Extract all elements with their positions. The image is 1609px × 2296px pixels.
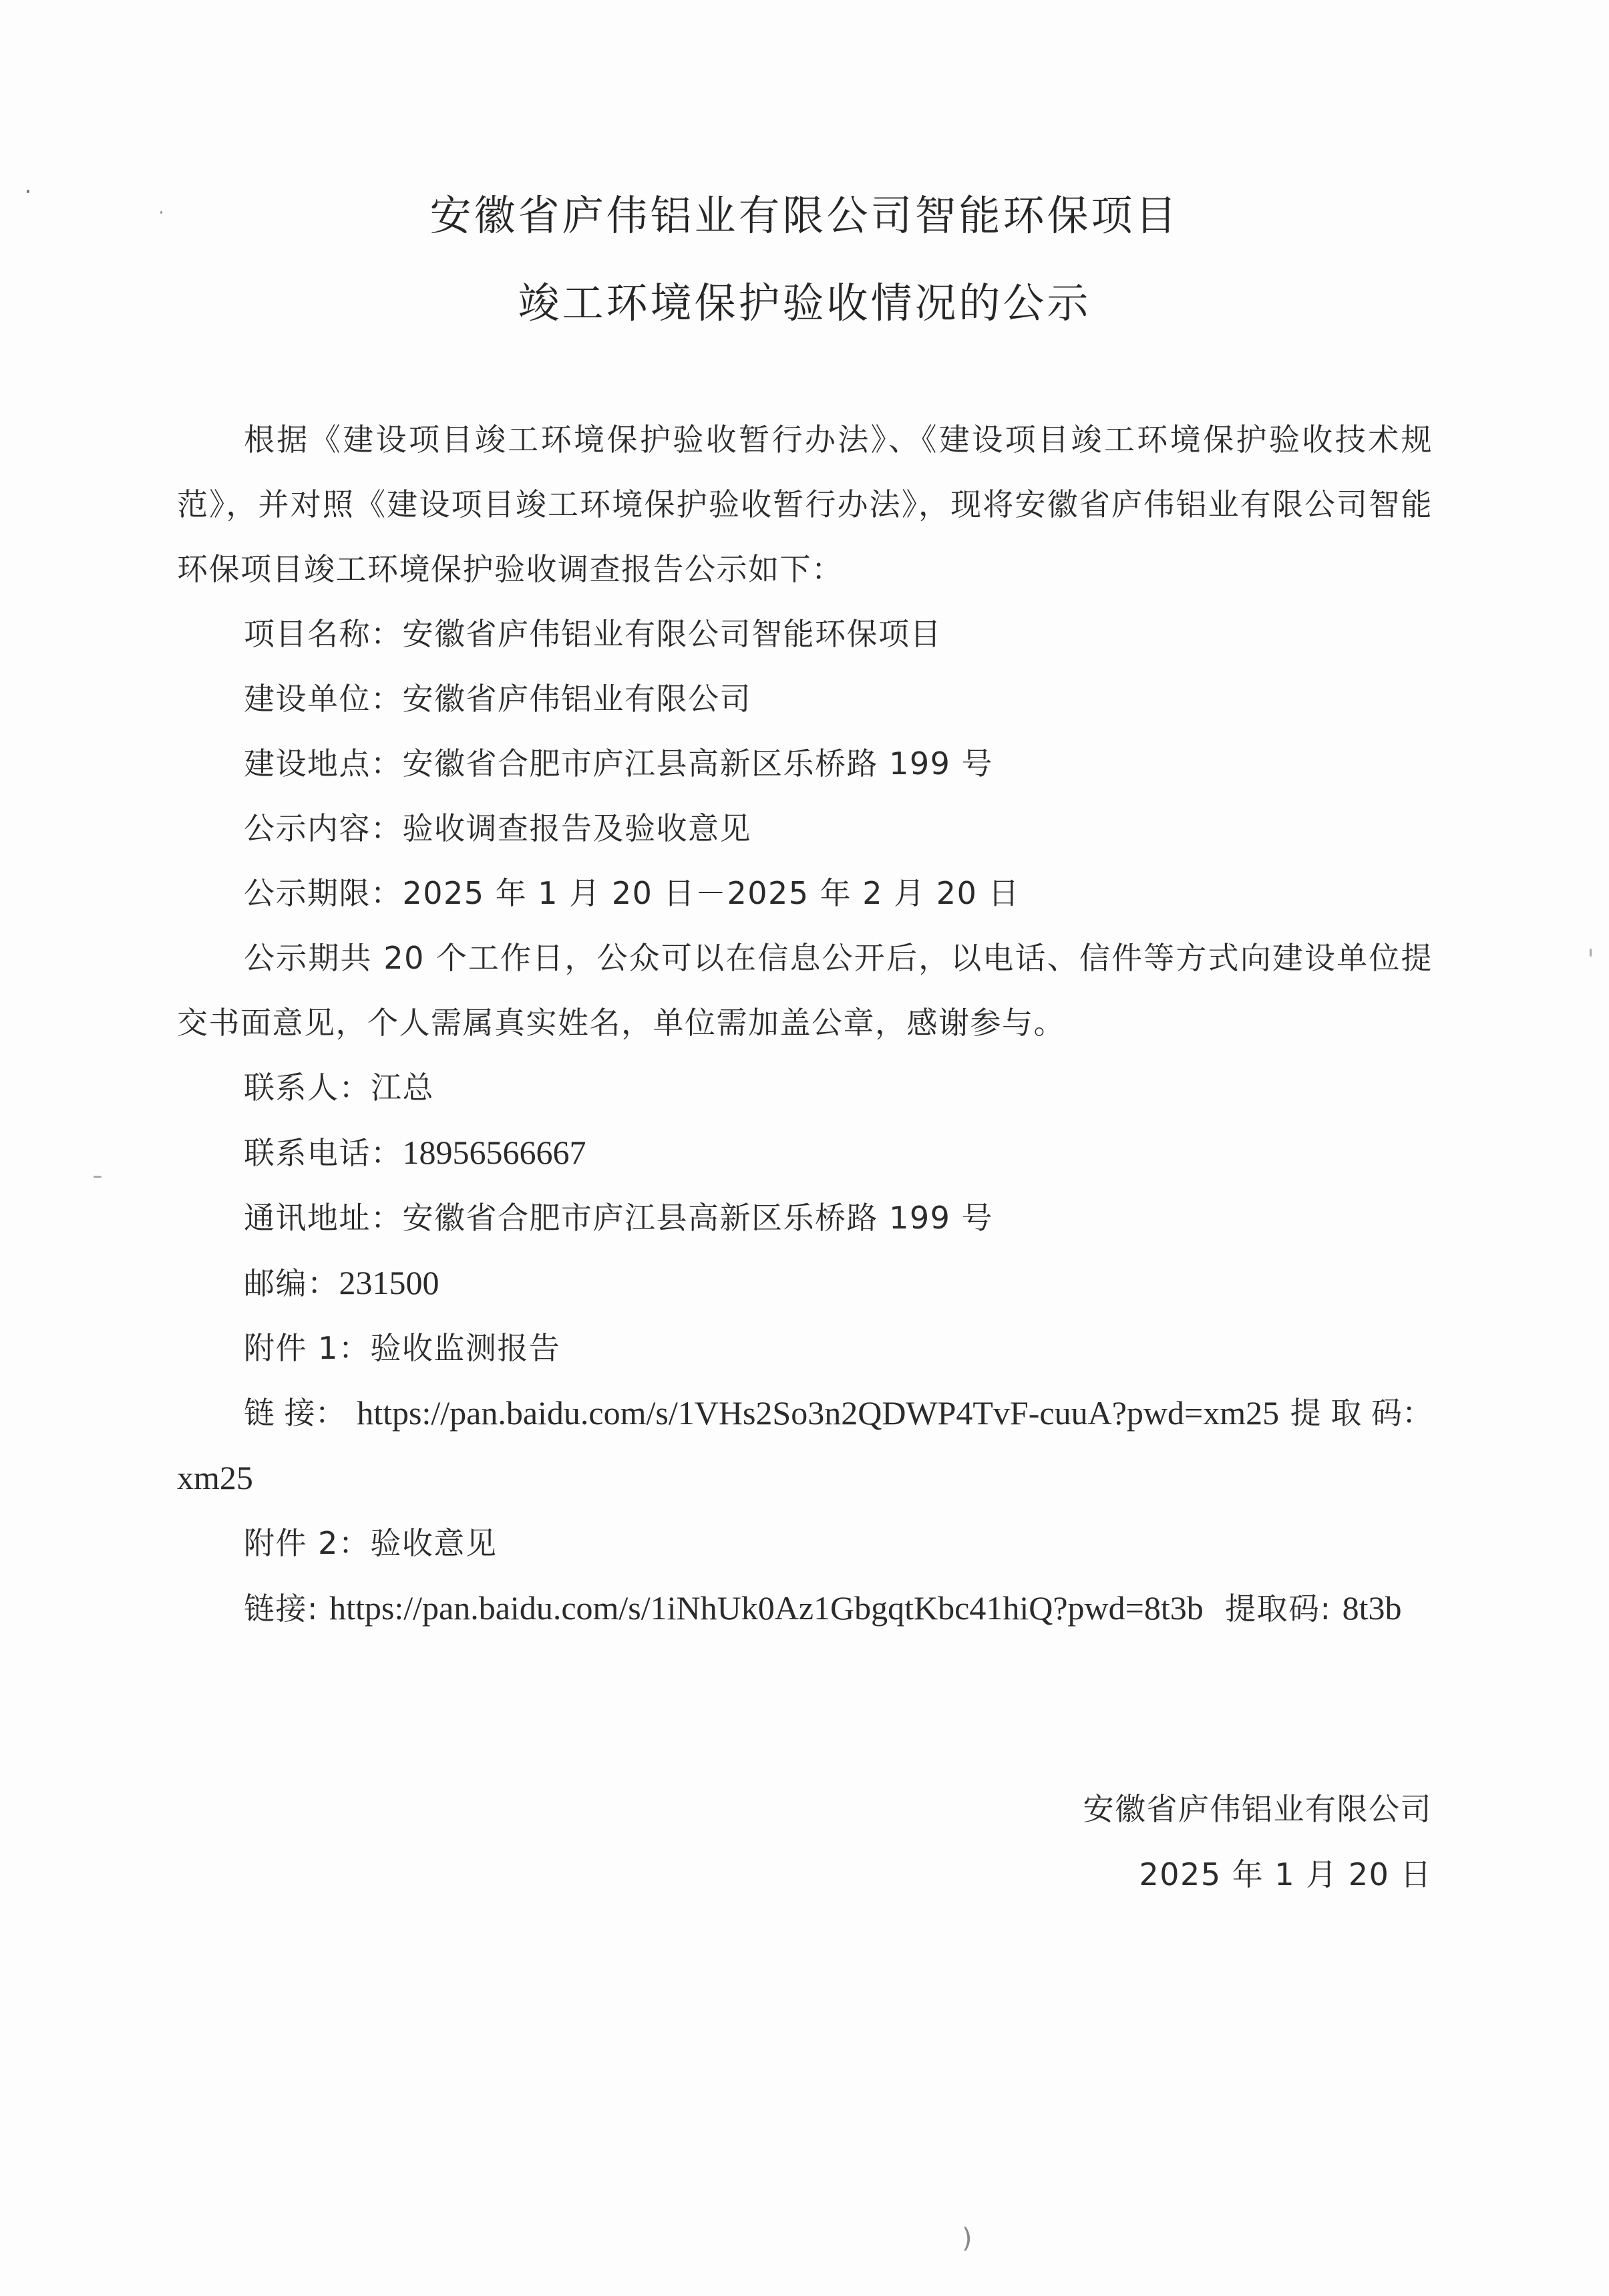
contact-value: 江总 (371, 1070, 434, 1106)
field-construction-unit: 建设单位：安徽省庐伟铝业有限公司 (177, 667, 1433, 731)
attachment-1-code: xm25 (177, 1446, 1433, 1511)
contact-person: 联系人：江总 (177, 1055, 1433, 1120)
attachment-1-link-label: 链 接： (244, 1381, 346, 1446)
field-label: 公示期限： (244, 875, 403, 911)
attachment-1-code-label: 提 取 码： (1290, 1381, 1433, 1446)
signature-organization: 安徽省庐伟铝业有限公司 (1083, 1785, 1433, 1829)
scan-speck (1590, 949, 1592, 957)
contact-label: 邮编： (244, 1265, 339, 1301)
field-value: 安徽省庐伟铝业有限公司 (403, 681, 752, 717)
attachment-1-url-link[interactable]: https://pan.baidu.com/s/1VHs2So3n2QDWP4T… (357, 1381, 1279, 1446)
contact-value: 231500 (339, 1264, 439, 1301)
document-page: 安徽省庐伟铝业有限公司智能环保项目 竣工环境保护验收情况的公示 根据《建设项目竣… (0, 0, 1609, 2296)
contact-label: 通讯地址： (244, 1200, 403, 1236)
attachment-1-link-line: 链 接： https://pan.baidu.com/s/1VHs2So3n2Q… (177, 1381, 1433, 1446)
page-edge-mark: ) (962, 2223, 972, 2254)
field-value: 安徽省合肥市庐江县高新区乐桥路 199 号 (403, 746, 994, 782)
document-body: 根据《建设项目竣工环境保护验收暂行办法》、《建设项目竣工环境保护验收技术规范》，… (177, 407, 1433, 1641)
field-label: 建设地点： (244, 746, 403, 782)
attachment-1-heading: 附件 1：验收监测报告 (177, 1316, 1433, 1381)
field-construction-site: 建设地点：安徽省合肥市庐江县高新区乐桥路 199 号 (177, 731, 1433, 796)
field-notice-period: 公示期限：2025 年 1 月 20 日－2025 年 2 月 20 日 (177, 861, 1433, 926)
field-project-name: 项目名称：安徽省庐伟铝业有限公司智能环保项目 (177, 602, 1433, 667)
contact-phone: 联系电话：18956566667 (177, 1120, 1433, 1186)
contact-postcode: 邮编：231500 (177, 1251, 1433, 1316)
attachment-2-heading: 附件 2：验收意见 (177, 1511, 1433, 1576)
intro-paragraph: 根据《建设项目竣工环境保护验收暂行办法》、《建设项目竣工环境保护验收技术规范》，… (177, 407, 1433, 602)
document-title-line-2: 竣工环境保护验收情况的公示 (0, 283, 1609, 324)
attachment-2-code-label: 提取码: (1225, 1591, 1343, 1627)
scan-speck (160, 211, 162, 214)
field-label: 公示内容： (244, 810, 403, 846)
attachment-2-url-link[interactable]: https://pan.baidu.com/s/1iNhUk0Az1GbgqtK… (329, 1589, 1204, 1627)
contact-address: 通讯地址：安徽省合肥市庐江县高新区乐桥路 199 号 (177, 1186, 1433, 1251)
document-title-line-1: 安徽省庐伟铝业有限公司智能环保项目 (0, 195, 1609, 236)
attachment-2-link-line: 链接: https://pan.baidu.com/s/1iNhUk0Az1Gb… (177, 1576, 1433, 1641)
signature-date: 2025 年 1 月 20 日 (1139, 1850, 1432, 1895)
attachment-2-code-value: 8t3b (1343, 1589, 1402, 1627)
scan-speck (94, 1176, 102, 1178)
field-value: 验收调查报告及验收意见 (403, 810, 752, 846)
field-notice-content: 公示内容：验收调查报告及验收意见 (177, 796, 1433, 861)
notice-paragraph: 公示期共 20 个工作日，公众可以在信息公开后，以电话、信件等方式向建设单位提交… (177, 926, 1433, 1055)
contact-label: 联系电话： (244, 1135, 403, 1171)
field-label: 项目名称： (244, 616, 403, 652)
field-value: 2025 年 1 月 20 日－2025 年 2 月 20 日 (403, 875, 1020, 911)
attachment-2-link-label: 链接: (244, 1591, 329, 1627)
field-label: 建设单位： (244, 681, 403, 717)
contact-value: 安徽省合肥市庐江县高新区乐桥路 199 号 (403, 1200, 994, 1236)
contact-value: 18956566667 (403, 1134, 586, 1171)
contact-label: 联系人： (244, 1070, 371, 1106)
attachment-1-code-value: xm25 (177, 1459, 253, 1496)
scan-speck (27, 190, 29, 193)
field-value: 安徽省庐伟铝业有限公司智能环保项目 (403, 616, 942, 652)
